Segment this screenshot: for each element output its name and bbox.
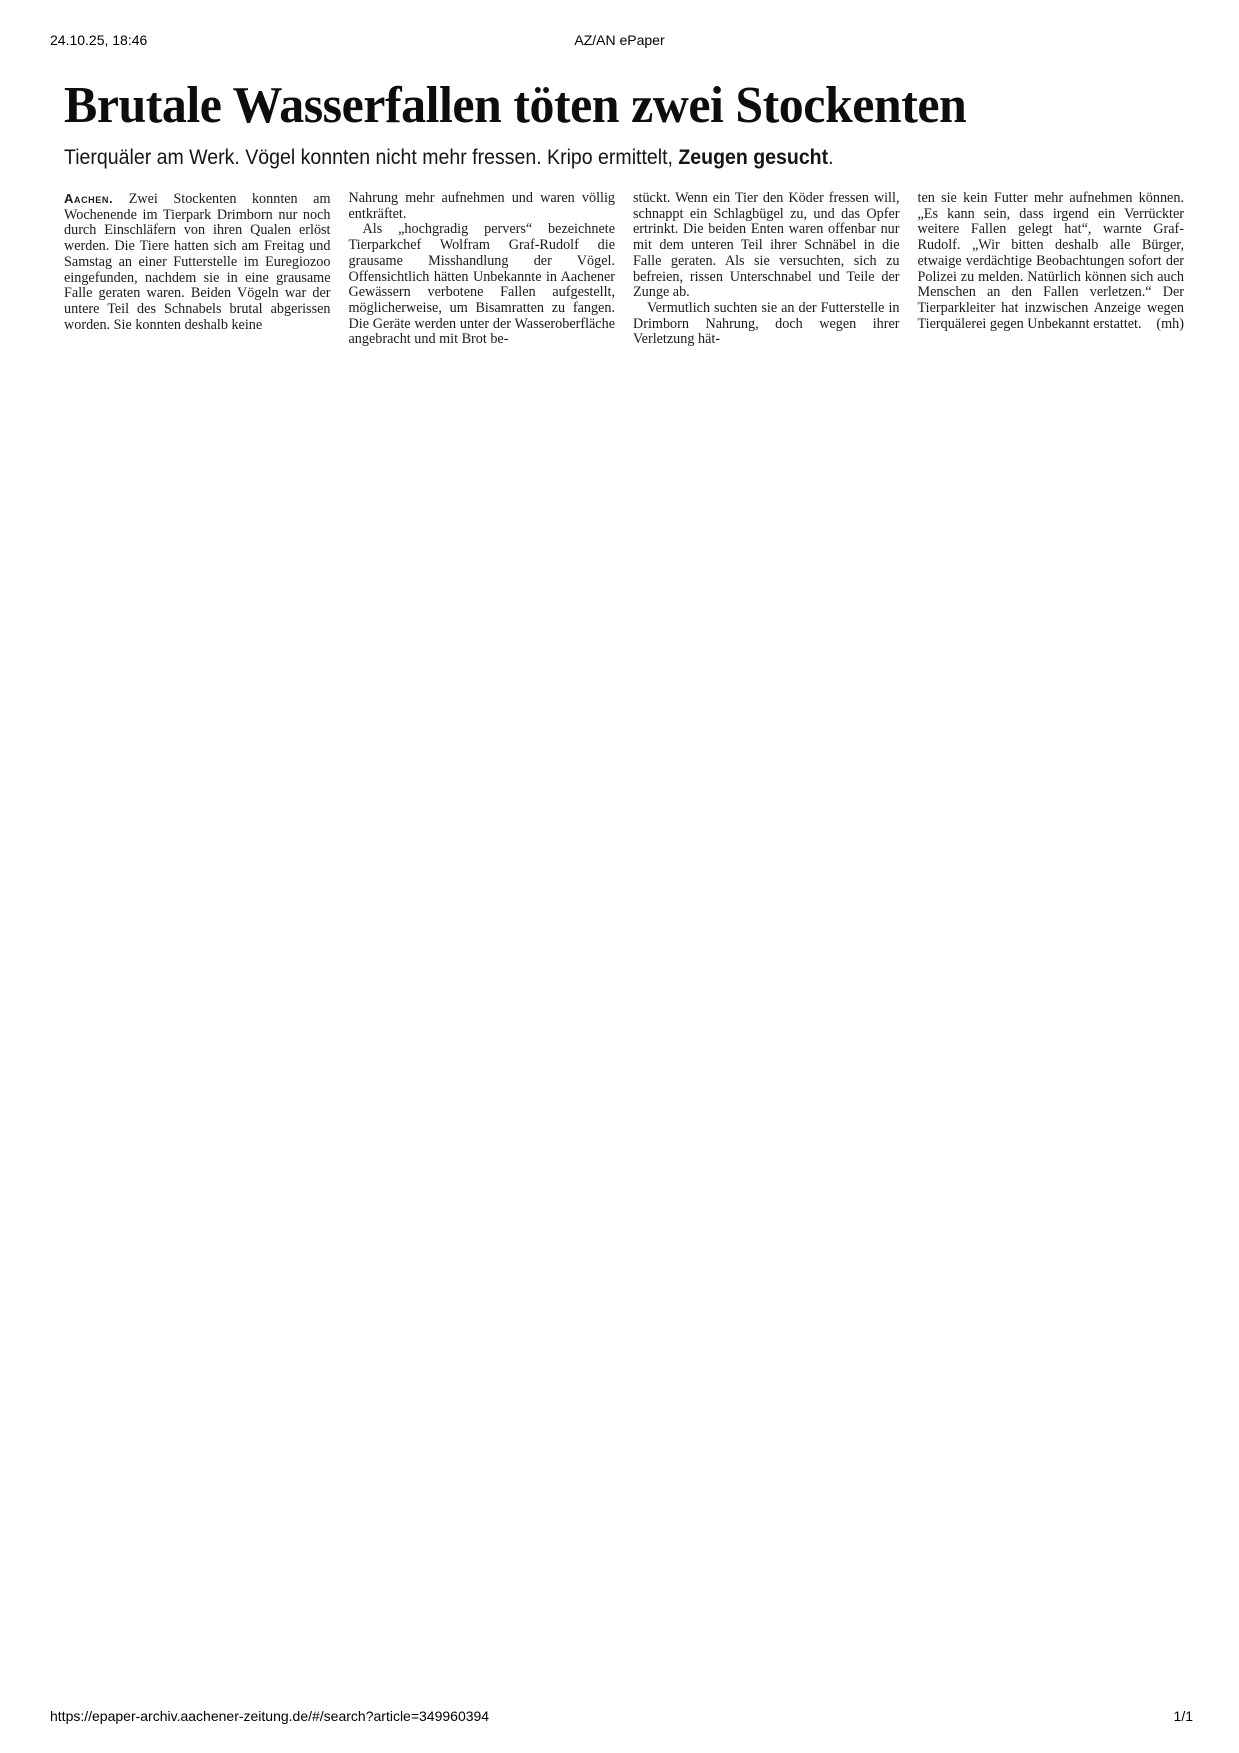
article-paragraph: Vermutlich suchten sie an der Futterstel… — [633, 301, 900, 348]
subhead-text: Tierquäler am Werk. Vögel konnten nicht … — [64, 146, 678, 169]
headline: Brutale Wasserfallen töten zwei Stockent… — [64, 76, 1139, 136]
article-paragraph: stückt. Wenn ein Tier den Köder fressen … — [633, 191, 900, 301]
article-paragraph: Nahrung mehr aufnehmen und waren völlig … — [349, 191, 616, 222]
subhead-emphasis: Zeugen gesucht — [678, 146, 828, 169]
article-column-4: ten sie kein Futter mehr aufnehmen könne… — [918, 191, 1185, 348]
subhead-end: . — [828, 146, 833, 169]
article-column-2: Nahrung mehr aufnehmen und waren völlig … — [349, 191, 616, 348]
source-url: https://epaper-archiv.aachener-zeitung.d… — [50, 1708, 489, 1724]
subheadline: Tierquäler am Werk. Vögel konnten nicht … — [64, 144, 1106, 172]
article-paragraph: Als „hochgradig pervers“ bezeichnete Tie… — [349, 222, 616, 348]
article-body: Aachen. Zwei Stockenten konnten am Woche… — [64, 191, 1184, 348]
paragraph-text: ten sie kein Futter mehr aufnehmen könne… — [918, 190, 1185, 332]
article-column-3: stückt. Wenn ein Tier den Köder fressen … — [633, 191, 900, 348]
article-column-1: Aachen. Zwei Stockenten konnten am Woche… — [64, 191, 331, 348]
print-page-title: AZ/AN ePaper — [0, 32, 1239, 48]
author-initials: (mh) — [1156, 317, 1184, 333]
print-header: 24.10.25, 18:46 AZ/AN ePaper — [0, 32, 1239, 52]
article: Brutale Wasserfallen töten zwei Stockent… — [64, 76, 1184, 172]
paragraph-text: Zwei Stockenten konnten am Wochenende im… — [64, 191, 331, 333]
page-number: 1/1 — [1174, 1708, 1193, 1724]
article-paragraph: Aachen. Zwei Stockenten konnten am Woche… — [64, 191, 331, 333]
article-paragraph: ten sie kein Futter mehr aufnehmen könne… — [918, 191, 1185, 332]
dateline: Aachen. — [64, 191, 113, 206]
